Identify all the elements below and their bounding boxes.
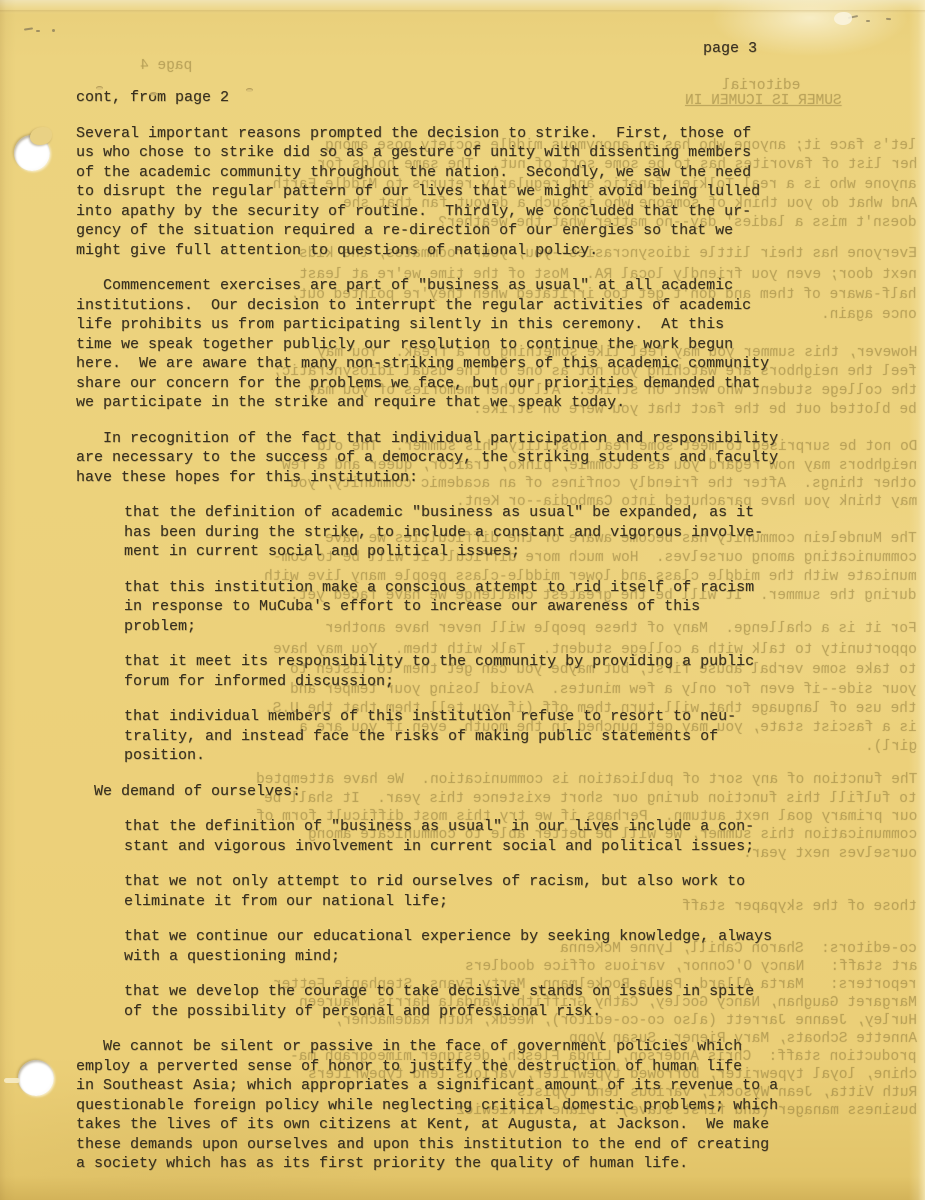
- text-line: forum for informed discussion;: [124, 672, 876, 692]
- text-line: that the definition of academic "busines…: [124, 503, 876, 523]
- paper-dimple: [96, 86, 103, 90]
- text-line: We cannot be silent or passive in the fa…: [76, 1037, 876, 1057]
- text-line: that it meet its responsibility to the c…: [124, 652, 876, 672]
- text-line: to disrupt the regular pattern of our li…: [76, 182, 876, 202]
- continuation-note: cont, from page 2: [76, 88, 876, 108]
- paper-scuff: [834, 12, 852, 25]
- text-line: life prohibits us from participating sil…: [76, 315, 876, 335]
- text-line: into apathy by the security of routine. …: [76, 202, 876, 222]
- text-line: in response to MuCuba's effort to increa…: [124, 597, 876, 617]
- pencil-mark: [886, 18, 891, 21]
- text-line: Several important reasons prompted the d…: [76, 124, 876, 144]
- punch-hole: [14, 135, 50, 171]
- text-line: that we not only attempt to rid ourselve…: [124, 872, 876, 892]
- paragraph: We cannot be silent or passive in the fa…: [76, 1037, 876, 1174]
- text-line: position.: [124, 746, 876, 766]
- text-line: might give full attention to questions o…: [76, 241, 876, 261]
- text-line: that the definition of "business as usua…: [124, 817, 876, 837]
- text-line: that we develop the courage to take deci…: [124, 982, 876, 1002]
- text-line: takes the lives of its own citizens at K…: [76, 1115, 876, 1135]
- list-item: that it meet its responsibility to the c…: [124, 652, 876, 691]
- text-line: time we speak together publicly our reso…: [76, 335, 876, 355]
- list-item: that the definition of "business as usua…: [124, 817, 876, 856]
- paragraph: Commencement exercises are part of "busi…: [76, 276, 876, 413]
- text-line: questionable foreign policy while neglec…: [76, 1096, 876, 1116]
- text-line: here. We are aware that many non-strikin…: [76, 354, 876, 374]
- text-line: In recognition of the fact that individu…: [76, 429, 876, 449]
- subheading: We demand of ourselves:: [76, 782, 876, 802]
- text-line: that we continue our educational experie…: [124, 927, 876, 947]
- text-line: stant and vigorous involvement in curren…: [124, 837, 876, 857]
- list-item: that we develop the courage to take deci…: [124, 982, 876, 1021]
- text-line: that individual members of this institut…: [124, 707, 876, 727]
- text-line: a society which has as its first priorit…: [76, 1154, 876, 1174]
- text-line: We demand of ourselves:: [76, 782, 876, 802]
- punch-hole: [18, 1060, 54, 1096]
- text-line: these demands upon ourselves and upon th…: [76, 1135, 876, 1155]
- text-line: employ a perverted sense of honor to jus…: [76, 1057, 876, 1077]
- list-item: that we continue our educational experie…: [124, 927, 876, 966]
- text-line: we participate in the strike and require…: [76, 393, 876, 413]
- text-line: of the possibility of personal and profe…: [124, 1002, 876, 1022]
- text-line: in Southeast Asia; which appropriates a …: [76, 1076, 876, 1096]
- text-line: have these hopes for this institution:: [76, 468, 876, 488]
- list-item: that this institution make a conscious a…: [124, 578, 876, 637]
- text-line: has been during the strike, to include a…: [124, 523, 876, 543]
- list-item: that the definition of academic "busines…: [124, 503, 876, 562]
- text-line: that this institution make a conscious a…: [124, 578, 876, 598]
- text-line: are necessary to the success of a democr…: [76, 448, 876, 468]
- text-line: of the academic community throughout the…: [76, 163, 876, 183]
- text-line: trality, and instead face the risks of m…: [124, 727, 876, 747]
- list-item: that we not only attempt to rid ourselve…: [124, 872, 876, 911]
- typed-text: cont, from page 2 Several important reas…: [76, 88, 876, 1174]
- text-line: institutions. Our decision to interrupt …: [76, 296, 876, 316]
- scanned-page: page 4editorialSUMER IS ICUMEN INlet's f…: [0, 0, 925, 1200]
- text-line: eliminate it from our national life;: [124, 892, 876, 912]
- list-item: that individual members of this institut…: [124, 707, 876, 766]
- text-line: cont, from page 2: [76, 88, 876, 108]
- text-line: share our concern for the problems we fa…: [76, 374, 876, 394]
- text-line: problem;: [124, 617, 876, 637]
- text-line: gency of the situation required a re-dir…: [76, 221, 876, 241]
- paper-dimple: [246, 88, 253, 92]
- pencil-mark: [36, 30, 40, 32]
- pencil-mark: [866, 20, 870, 22]
- paragraph: Several important reasons prompted the d…: [76, 124, 876, 261]
- page-number-label: page 3: [703, 40, 757, 57]
- text-line: with a questioning mind;: [124, 947, 876, 967]
- paper-dimple: [150, 92, 157, 96]
- pencil-mark: [52, 29, 55, 32]
- paragraph: In recognition of the fact that individu…: [76, 429, 876, 488]
- text-line: Commencement exercises are part of "busi…: [76, 276, 876, 296]
- text-line: ment in current social and political iss…: [124, 542, 876, 562]
- bleedthrough-line: page 4: [140, 57, 192, 76]
- text-line: us who chose to strike did so as a gestu…: [76, 143, 876, 163]
